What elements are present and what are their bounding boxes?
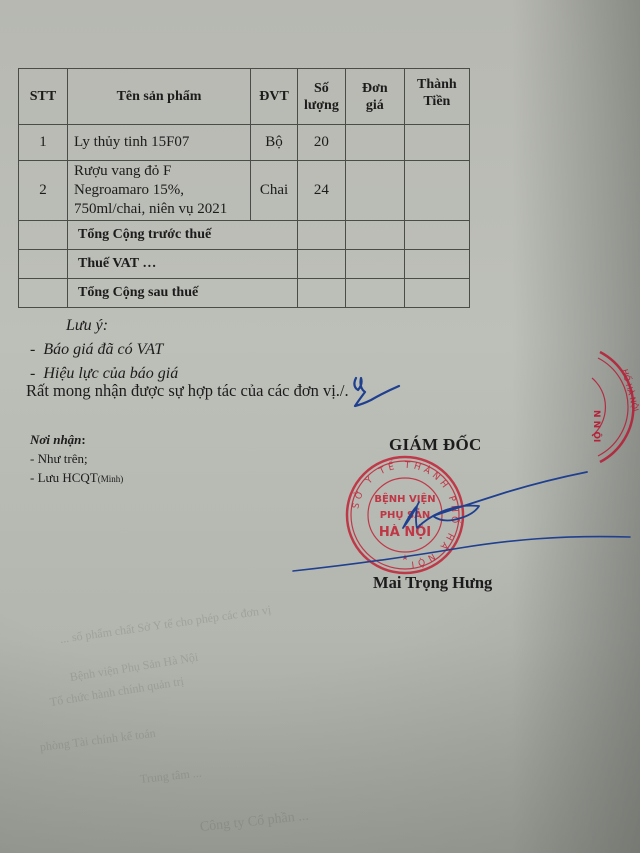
row-unit-price bbox=[345, 125, 404, 161]
recipient-subscript: (Minh) bbox=[98, 474, 124, 484]
quotation-table: STT Tên sản phẩm ĐVT Số lượng Đơn giá Th… bbox=[18, 68, 470, 308]
recipient-item: - Như trên; bbox=[30, 449, 123, 468]
table-header-row: STT Tên sản phẩm ĐVT Số lượng Đơn giá Th… bbox=[19, 69, 470, 125]
table-row: 2 Rượu vang đỏ F Negroamaro 15%, 750ml/c… bbox=[19, 161, 470, 221]
summary-stt bbox=[19, 279, 68, 308]
row-stt: 1 bbox=[19, 125, 68, 161]
summary-total bbox=[404, 221, 469, 250]
header-quantity-line1: Số bbox=[304, 80, 339, 97]
summary-row-vat: Thuế VAT … bbox=[19, 250, 470, 279]
recipient-text: - Lưu HCQT bbox=[30, 470, 98, 485]
row-product-name: Rượu vang đỏ F Negroamaro 15%, 750ml/cha… bbox=[68, 161, 251, 221]
product-name-line: Negroamaro 15%, bbox=[74, 181, 244, 200]
closing-sentence: Rất mong nhận được sự hợp tác của các đơ… bbox=[26, 381, 349, 401]
recipient-text: - Như trên; bbox=[30, 451, 88, 466]
recipient-item: - Lưu HCQT(Minh) bbox=[30, 468, 123, 489]
row-quantity: 20 bbox=[298, 125, 346, 161]
header-unit-price-line2: giá bbox=[352, 97, 398, 114]
header-quantity-line2: lượng bbox=[304, 97, 339, 114]
header-stt: STT bbox=[19, 69, 68, 125]
recipients-title: Nơi nhận bbox=[30, 432, 81, 447]
note-bullet: - bbox=[30, 341, 35, 358]
summary-unit-price bbox=[345, 221, 404, 250]
row-unit: Chai bbox=[251, 161, 298, 221]
summary-quantity bbox=[298, 279, 346, 308]
note-text: Báo giá đã có VAT bbox=[43, 341, 163, 358]
header-total-line2: Tiền bbox=[411, 93, 463, 110]
header-quantity: Số lượng bbox=[298, 69, 346, 125]
note-bullet: - bbox=[30, 365, 35, 382]
product-name-line: 750ml/chai, niên vụ 2021 bbox=[74, 200, 244, 219]
summary-quantity bbox=[298, 250, 346, 279]
header-unit-price: Đơn giá bbox=[345, 69, 404, 125]
summary-label: Thuế VAT … bbox=[68, 250, 298, 279]
row-total bbox=[404, 125, 469, 161]
header-total: Thành Tiền bbox=[404, 69, 469, 125]
summary-label: Tổng Cộng trước thuế bbox=[68, 221, 298, 250]
summary-total bbox=[404, 250, 469, 279]
summary-unit-price bbox=[345, 250, 404, 279]
director-name: Mai Trọng Hưng bbox=[373, 573, 492, 593]
note-text: Hiệu lực của báo giá bbox=[43, 365, 178, 382]
product-name-line: Ly thủy tinh 15F07 bbox=[74, 133, 244, 152]
summary-stt bbox=[19, 250, 68, 279]
row-quantity: 24 bbox=[298, 161, 346, 221]
header-total-line1: Thành bbox=[411, 76, 463, 93]
notes-title: Lưu ý: bbox=[30, 314, 178, 338]
row-product-name: Ly thủy tinh 15F07 bbox=[68, 125, 251, 161]
product-name-line: Rượu vang đỏ F bbox=[74, 162, 244, 181]
summary-row-subtotal: Tổng Cộng trước thuế bbox=[19, 221, 470, 250]
summary-stt bbox=[19, 221, 68, 250]
header-unit: ĐVT bbox=[251, 69, 298, 125]
header-product-name: Tên sản phẩm bbox=[68, 69, 251, 125]
note-item: - Báo giá đã có VAT bbox=[30, 338, 178, 362]
row-unit: Bộ bbox=[251, 125, 298, 161]
notes-section: Lưu ý: - Báo giá đã có VAT - Hiệu lực củ… bbox=[30, 314, 178, 386]
row-unit-price bbox=[345, 161, 404, 221]
summary-label: Tổng Cộng sau thuế bbox=[68, 279, 298, 308]
row-total bbox=[404, 161, 469, 221]
summary-total bbox=[404, 279, 469, 308]
table-row: 1 Ly thủy tinh 15F07 Bộ 20 bbox=[19, 125, 470, 161]
summary-unit-price bbox=[345, 279, 404, 308]
summary-quantity bbox=[298, 221, 346, 250]
recipients-colon: : bbox=[81, 432, 85, 447]
summary-row-grand-total: Tổng Cộng sau thuế bbox=[19, 279, 470, 308]
director-title: GIÁM ĐỐC bbox=[389, 435, 482, 455]
recipients-section: Nơi nhận: - Như trên; - Lưu HCQT(Minh) bbox=[30, 430, 123, 489]
header-unit-price-line1: Đơn bbox=[352, 80, 398, 97]
row-stt: 2 bbox=[19, 161, 68, 221]
